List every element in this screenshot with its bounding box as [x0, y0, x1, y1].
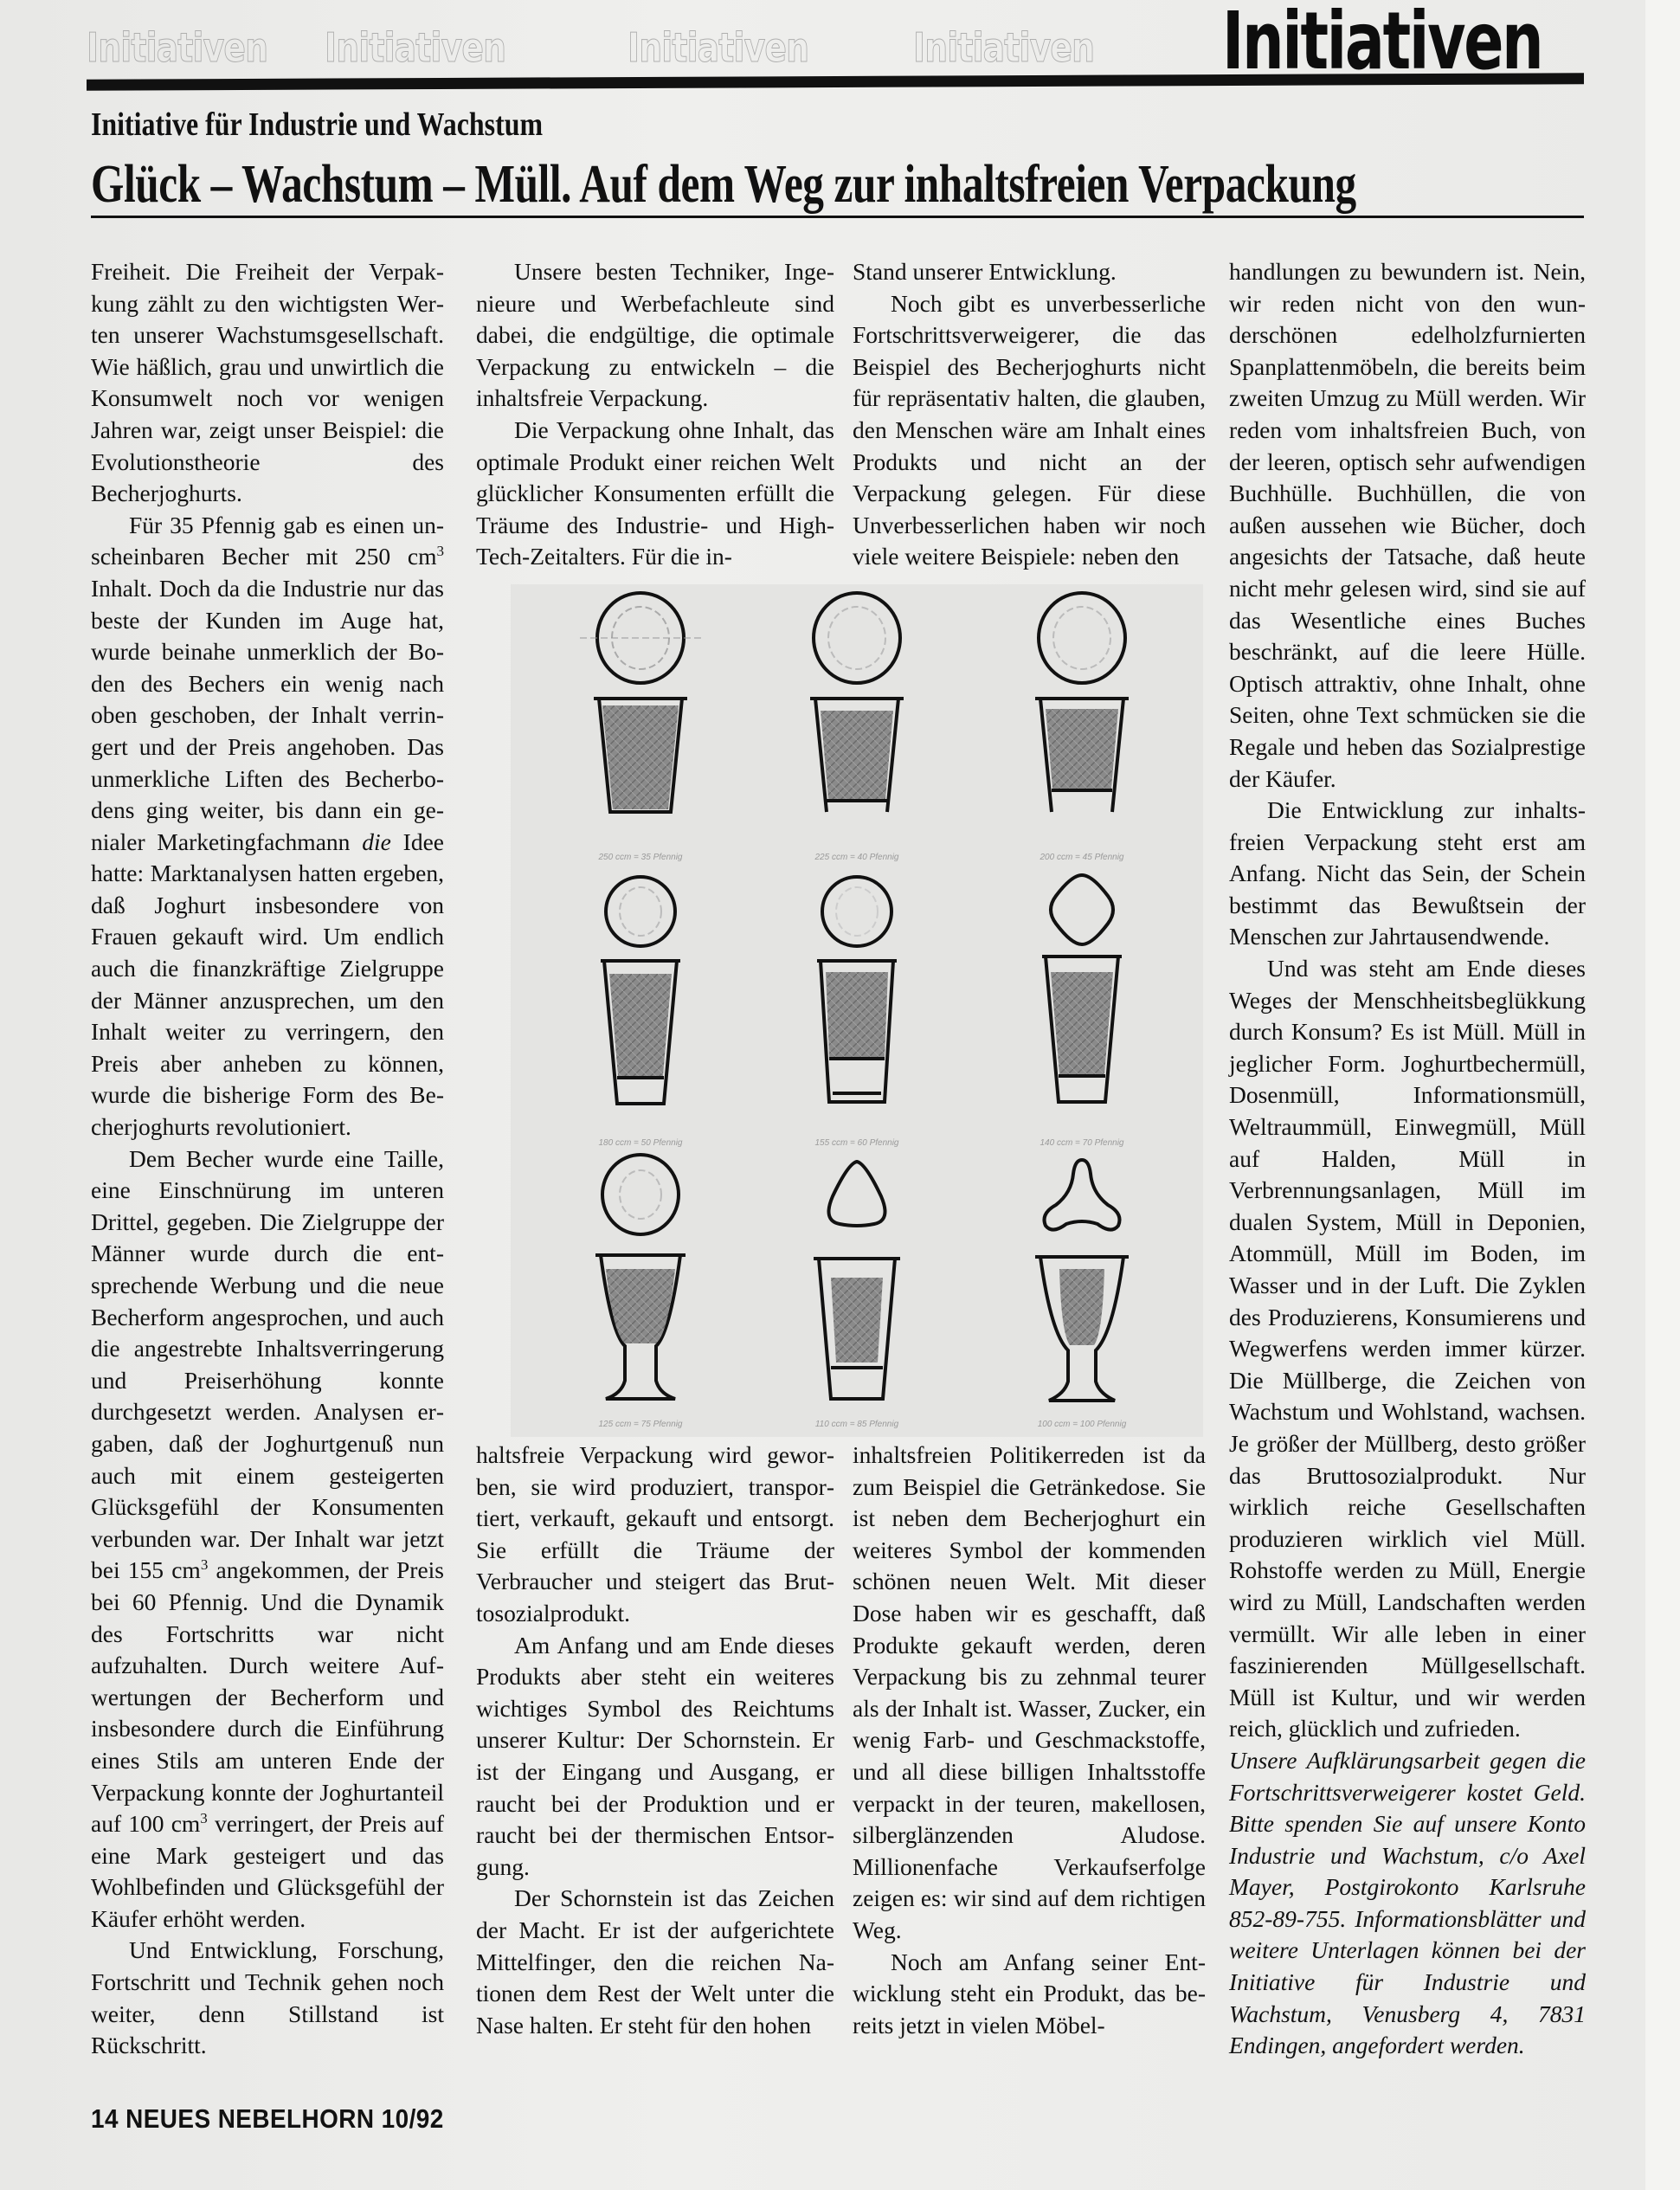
figure-caption: 225 ccm = 40 Pfennig [744, 853, 969, 862]
paragraph: Stand unserer Entwicklung. [853, 256, 1206, 288]
cup-drawing: 180 ccm = 50 Pfennig [528, 870, 753, 1151]
figure-caption: 125 ccm = 75 Pfennig [528, 1420, 753, 1429]
paragraph: Dem Becher wurde eine Taille, eine Einsc… [91, 1143, 444, 1936]
paragraph: Noch am Anfang seiner Ent­wicklung steht… [853, 1947, 1206, 2042]
paragraph: handlungen zu bewundern ist. Nein, wir r… [1229, 256, 1586, 795]
figure-caption: 155 ccm = 60 Pfennig [744, 1138, 969, 1148]
paragraph: Und Entwicklung, Forschung, Fortschritt … [91, 1935, 444, 2061]
cup-155-icon [744, 870, 969, 1151]
paragraph: Freiheit. Die Freiheit der Verpak­kung z… [91, 256, 444, 510]
ghost-section-word: Initiativen [325, 24, 505, 71]
cup-225-icon [744, 584, 969, 866]
ghost-section-word: Initiativen [628, 24, 808, 71]
cup-100-icon [969, 1151, 1194, 1433]
figure-caption: 100 ccm = 100 Pfennig [969, 1420, 1194, 1429]
banner-rule [87, 73, 1584, 91]
cup-125-icon [528, 1151, 753, 1433]
cup-drawing: 225 ccm = 40 Pfennig [744, 584, 969, 866]
figure-caption: 180 ccm = 50 Pfennig [528, 1138, 753, 1148]
paragraph: Die Entwicklung zur inhalts­freien Verpa… [1229, 795, 1586, 953]
paragraph: Die Verpackung ohne Inhalt, das optimale… [476, 415, 834, 573]
cup-drawing: 250 ccm = 35 Pfennig [528, 584, 753, 866]
figure-caption: 140 ccm = 70 Pfennig [969, 1138, 1194, 1148]
paragraph: Unsere besten Techniker, Inge­nieure und… [476, 256, 834, 415]
cup-140-icon [969, 870, 1194, 1151]
page-footer: 14 NEUES NEBELHORN 10/92 [91, 2103, 444, 2135]
article-column-4: handlungen zu bewundern ist. Nein, wir r… [1229, 256, 1586, 2062]
ghost-section-word: Initiativen [913, 24, 1094, 71]
cup-110-icon [744, 1151, 969, 1433]
paragraph: Für 35 Pfennig gab es einen un­scheinbar… [91, 510, 444, 1143]
paragraph: inhaltsfreien Politikerreden ist da zum … [853, 1440, 1206, 1947]
paragraph: Der Schornstein ist das Zeichen der Mach… [476, 1883, 834, 2041]
figure-caption: 110 ccm = 85 Pfennig [744, 1420, 969, 1429]
article-column-1: Freiheit. Die Freiheit der Verpak­kung z… [91, 256, 444, 2062]
paragraph: Und was steht am Ende dieses Weges der M… [1229, 953, 1586, 1745]
article-column-2-bottom: haltsfreie Verpackung wird gewor­ben, si… [476, 1440, 834, 2041]
cup-200-icon [969, 584, 1194, 866]
figure-caption: 200 ccm = 45 Pfennig [969, 853, 1194, 862]
article-headline: Glück – Wachstum – Müll. Auf dem Weg zur… [91, 154, 1356, 216]
cup-drawing: 100 ccm = 100 Pfennig [969, 1151, 1194, 1433]
paragraph: haltsfreie Verpackung wird gewor­ben, si… [476, 1440, 834, 1630]
cup-drawing: 110 ccm = 85 Pfennig [744, 1151, 969, 1433]
paragraph: Am Anfang und am Ende dieses Produkts ab… [476, 1630, 834, 1884]
cup-drawing: 140 ccm = 70 Pfennig [969, 870, 1194, 1151]
figure-caption: 250 ccm = 35 Pfennig [528, 853, 753, 862]
cup-evolution-figure: 250 ccm = 35 Pfennig 225 ccm = 40 Pfenni… [511, 584, 1203, 1437]
article-column-3-top: Stand unserer Entwicklung. Noch gibt es … [853, 256, 1206, 573]
article-kicker: Initiative für Industrie und Wachstum [91, 106, 543, 144]
article-column-2-top: Unsere besten Techniker, Inge­nieure und… [476, 256, 834, 573]
scan-edge [1645, 0, 1680, 2190]
donation-note: Unsere Aufklärungsarbeit gegen die Forts… [1229, 1745, 1586, 2062]
paragraph: Noch gibt es unverbesserliche Fortschrit… [853, 288, 1206, 573]
cup-drawing: 125 ccm = 75 Pfennig [528, 1151, 753, 1433]
newspaper-page: Initiativen Initiativen Initiativen Init… [0, 0, 1680, 2190]
article-column-3-bottom: inhaltsfreien Politikerreden ist da zum … [853, 1440, 1206, 2041]
section-title: Initiativen [1222, 2, 1542, 81]
cup-250-icon [528, 584, 753, 866]
cup-180-icon [528, 870, 753, 1151]
cup-drawing: 200 ccm = 45 Pfennig [969, 584, 1194, 866]
cup-drawing: 155 ccm = 60 Pfennig [744, 870, 969, 1151]
ghost-section-word: Initiativen [87, 24, 267, 71]
headline-rule [91, 216, 1584, 218]
